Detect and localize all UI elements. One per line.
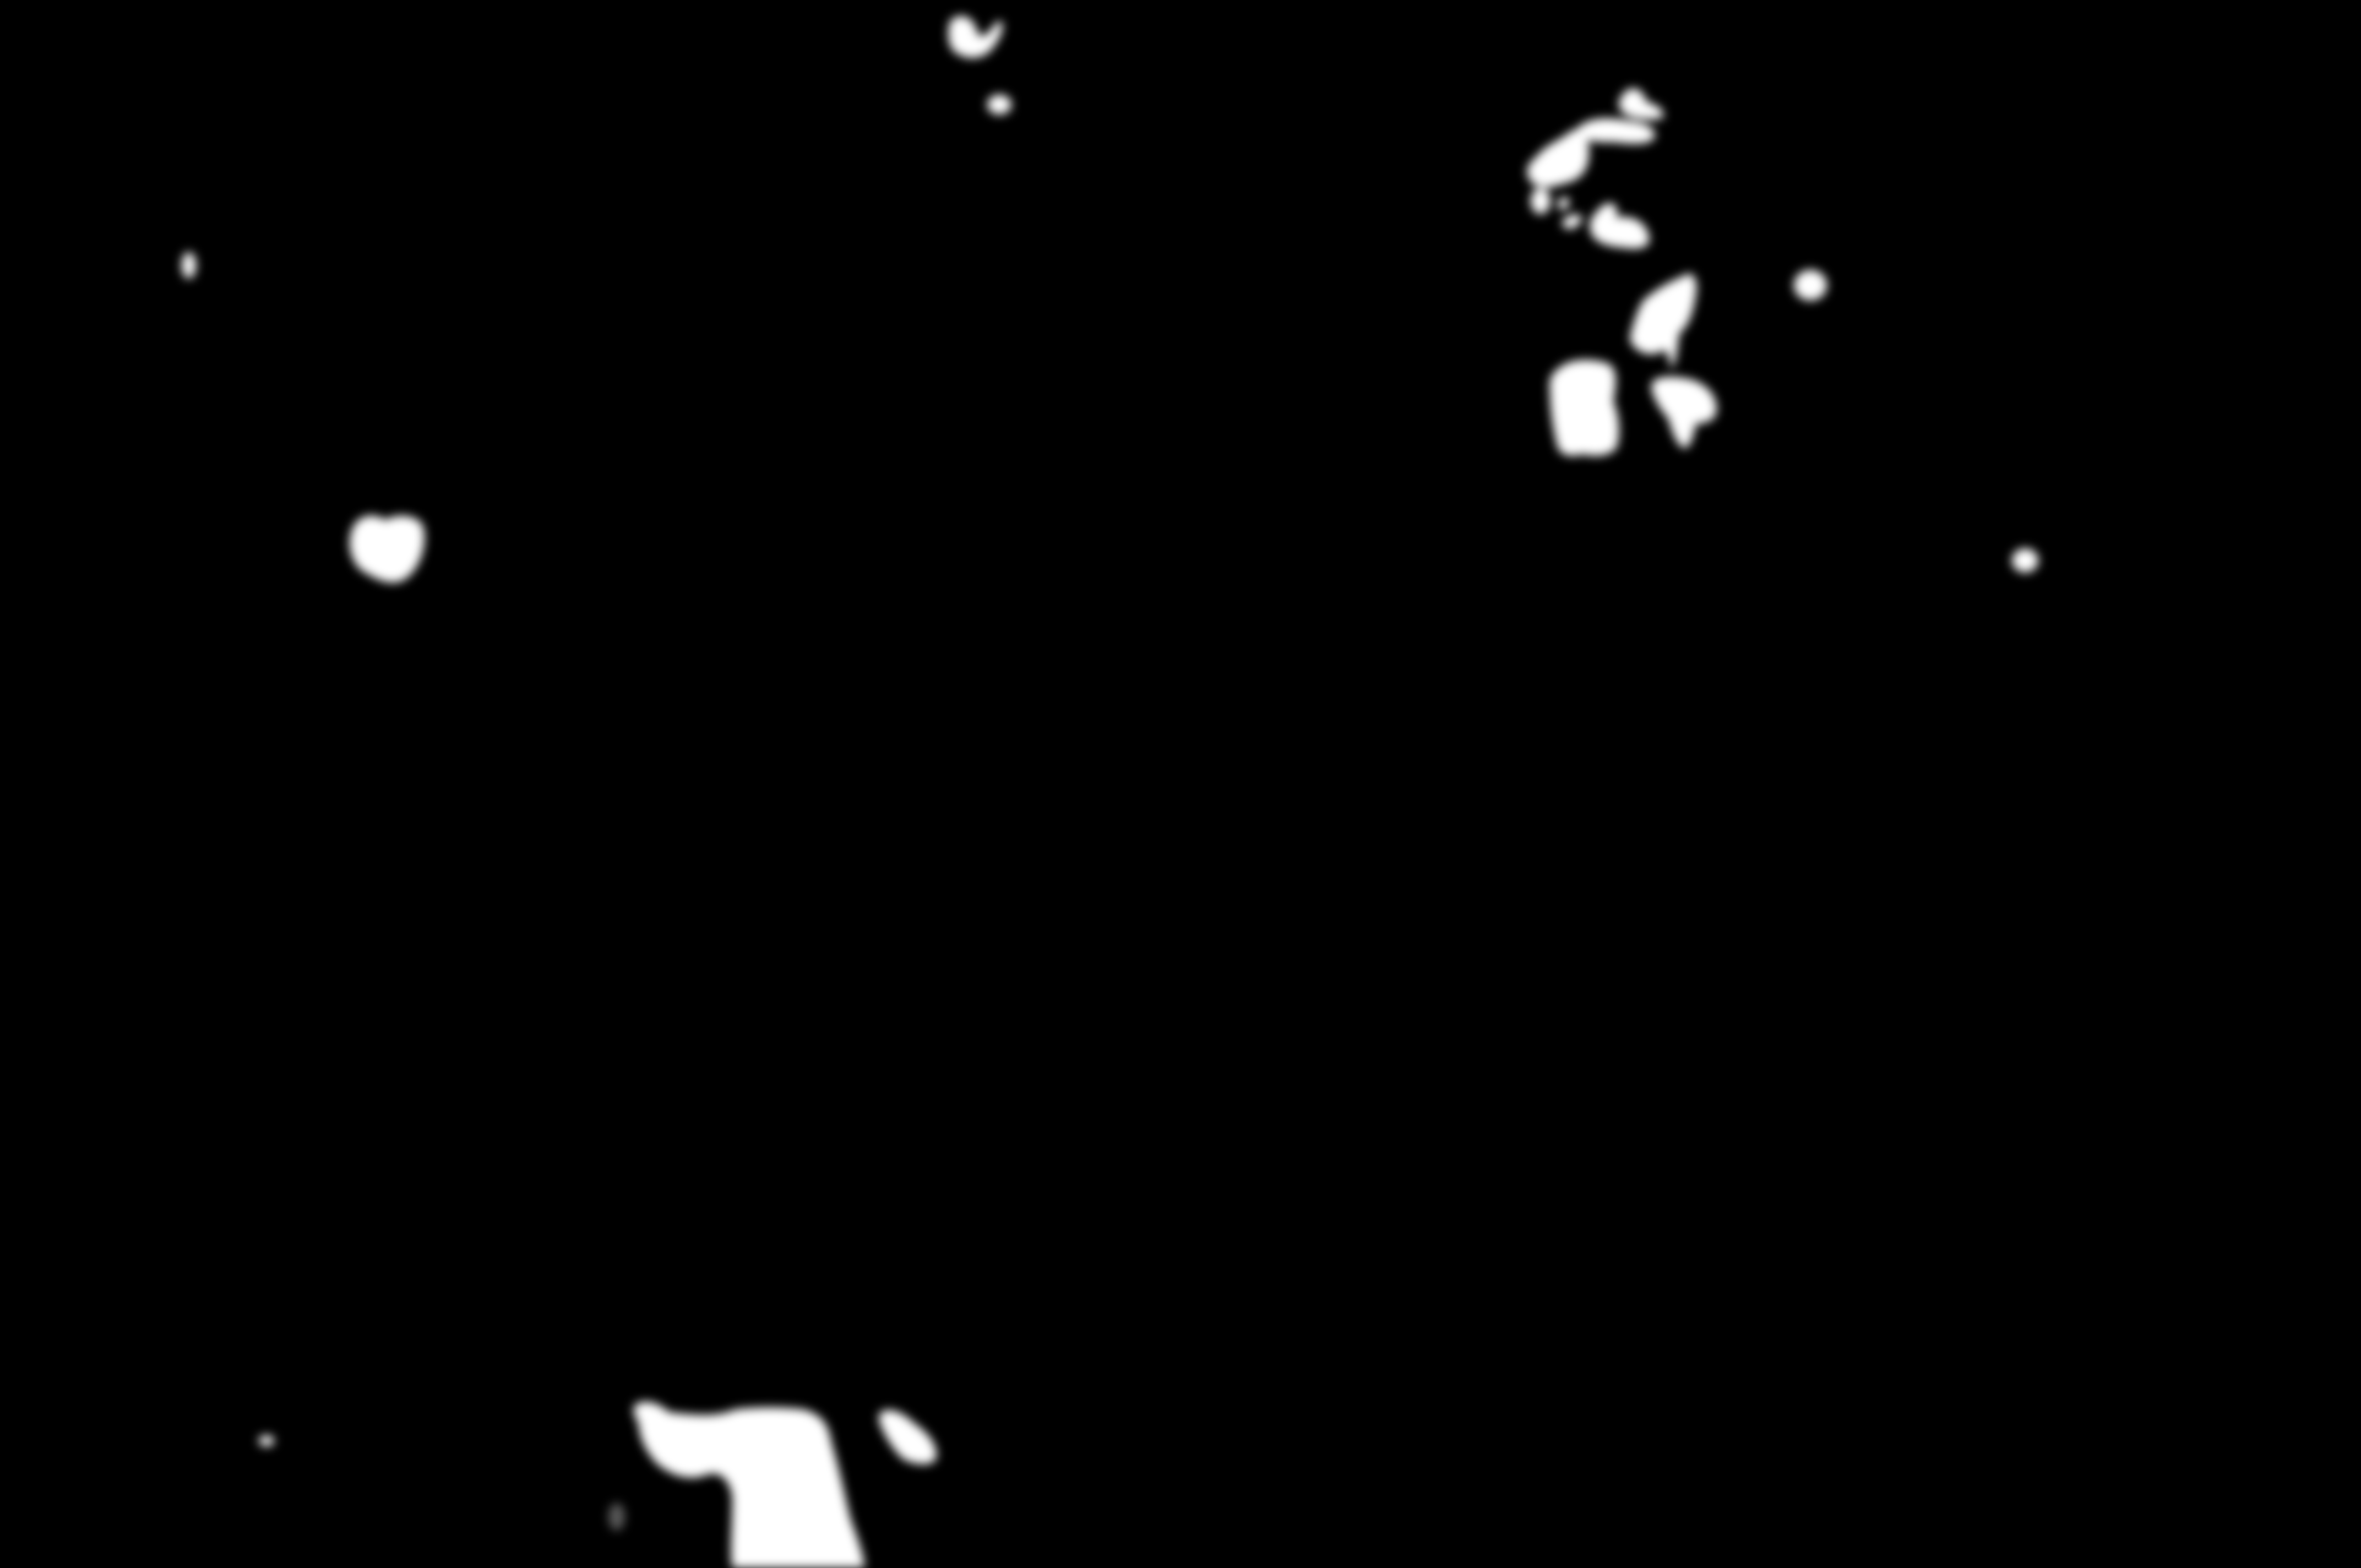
mask-region bbox=[1590, 203, 1650, 249]
mask-region bbox=[1619, 89, 1663, 119]
mask-region bbox=[1558, 197, 1569, 210]
mask-region bbox=[634, 1402, 864, 1568]
mask-region bbox=[2012, 548, 2038, 573]
mask-region bbox=[608, 1503, 625, 1531]
mask-region bbox=[182, 252, 196, 279]
mask-region bbox=[1549, 360, 1619, 456]
mask-region bbox=[350, 516, 425, 583]
mask-region bbox=[879, 1410, 937, 1464]
mask-region bbox=[1563, 214, 1582, 229]
mask-region bbox=[1794, 270, 1827, 301]
segmentation-mask bbox=[0, 0, 2361, 1568]
mask-region bbox=[1527, 130, 1588, 187]
mask-region bbox=[1630, 274, 1696, 369]
mask-region bbox=[948, 16, 1003, 58]
mask-region bbox=[987, 95, 1011, 115]
mask-region bbox=[259, 1435, 274, 1446]
mask-region bbox=[1577, 118, 1655, 144]
mask-region bbox=[1531, 188, 1551, 214]
mask-region bbox=[1651, 377, 1717, 449]
